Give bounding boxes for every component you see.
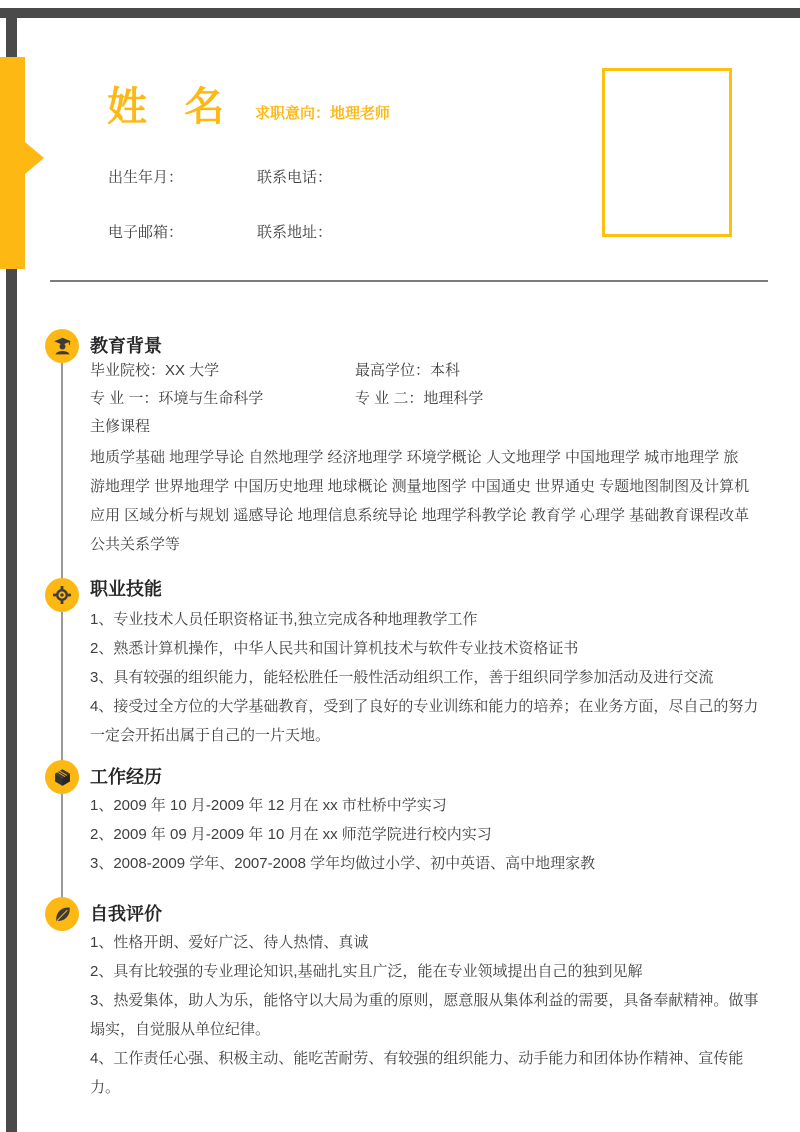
list-item: 3、热爱集体，助人为乐，能恪守以大局为重的原则，愿意服从集体利益的需要，具备奉献…: [90, 986, 766, 1044]
job-objective: 求职意向：地理老师: [255, 104, 390, 124]
section-title-skills: 职业技能: [90, 577, 162, 601]
list-item: 2、熟悉计算机操作，中华人民共和国计算机技术与软件专业技术资格证书: [90, 634, 766, 663]
accent-ribbon: [0, 57, 25, 269]
list-item: 2、2009 年 09 月-2009 年 10 月在 xx 师范学院进行校内实习: [90, 820, 766, 849]
list-item: 1、专业技术人员任职资格证书,独立完成各种地理教学工作: [90, 605, 766, 634]
courses-text: 地质学基础 地理学导论 自然地理学 经济地理学 环境学概论 人文地理学 中国地理…: [90, 443, 752, 559]
phone-label: 联系电话：: [257, 168, 332, 188]
books-icon: [45, 760, 79, 794]
skills-list: 1、专业技术人员任职资格证书,独立完成各种地理教学工作 2、熟悉计算机操作，中华…: [90, 605, 766, 750]
major-two-field: 专 业 二：地理科学: [355, 389, 483, 409]
education-row: 专 业 一：环境与生命科学 专 业 二：地理科学: [90, 389, 770, 409]
email-label: 电子邮箱：: [108, 223, 183, 243]
evaluation-list: 1、性格开朗、爱好广泛、待人热情、真诚 2、具有比较强的专业理论知识,基础扎实且…: [90, 928, 766, 1102]
list-item: 1、性格开朗、爱好广泛、待人热情、真诚: [90, 928, 766, 957]
major-one-field: 专 业 一：环境与生命科学: [90, 389, 355, 409]
accent-ribbon-arrow: [25, 142, 44, 174]
target-icon: [45, 578, 79, 612]
photo-placeholder: [602, 68, 732, 237]
work-list: 1、2009 年 10 月-2009 年 12 月在 xx 市杜桥中学实习 2、…: [90, 791, 766, 878]
list-item: 4、工作责任心强、积极主动、能吃苦耐劳、有较强的组织能力、动手能力和团体协作精神…: [90, 1044, 766, 1102]
resume-page: 姓 名 求职意向：地理老师 出生年月： 联系电话： 电子邮箱： 联系地址： 教育…: [0, 0, 800, 1132]
education-row: 毕业院校：XX 大学 最高学位：本科: [90, 361, 770, 381]
top-border-bar: [0, 8, 800, 18]
header-divider: [50, 280, 768, 282]
school-field: 毕业院校：XX 大学: [90, 361, 355, 381]
section-title-education: 教育背景: [90, 334, 162, 358]
list-item: 3、2008-2009 学年、2007-2008 学年均做过小学、初中英语、高中…: [90, 849, 766, 878]
list-item: 3、具有较强的组织能力，能轻松胜任一般性活动组织工作，善于组织同学参加活动及进行…: [90, 663, 766, 692]
degree-field: 最高学位：本科: [355, 361, 460, 381]
candidate-name: 姓 名: [107, 84, 230, 130]
address-label: 联系地址：: [257, 223, 332, 243]
birth-date-label: 出生年月：: [108, 168, 183, 188]
list-item: 1、2009 年 10 月-2009 年 12 月在 xx 市杜桥中学实习: [90, 791, 766, 820]
section-connector-line: [61, 345, 63, 915]
list-item: 4、接受过全方位的大学基础教育，受到了良好的专业训练和能力的培养；在业务方面，尽…: [90, 692, 766, 750]
leaf-icon: [45, 897, 79, 931]
courses-label: 主修课程: [90, 417, 150, 437]
section-title-work: 工作经历: [90, 765, 162, 789]
section-title-evaluation: 自我评价: [90, 902, 162, 926]
graduation-cap-icon: [45, 329, 79, 363]
list-item: 2、具有比较强的专业理论知识,基础扎实且广泛，能在专业领域提出自己的独到见解: [90, 957, 766, 986]
